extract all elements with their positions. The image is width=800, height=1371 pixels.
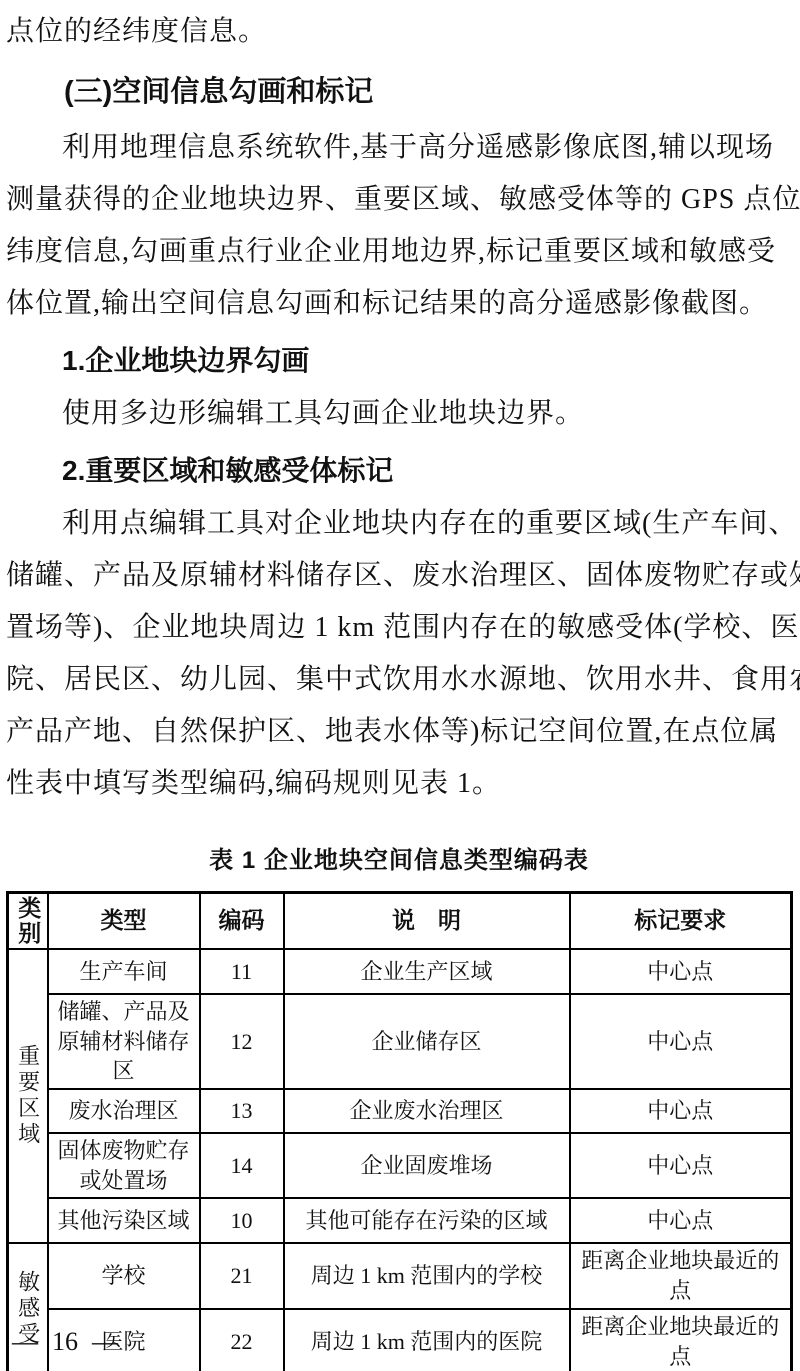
cell-code: 11 (200, 949, 284, 994)
section-heading: (三)空间信息勾画和标记 (6, 70, 792, 114)
footer-dash-left: — (12, 1327, 38, 1357)
cell-description: 周边 1 km 范围内的学校 (284, 1243, 570, 1308)
text-line: 置场等)、企业地块周边 1 km 范围内存在的敏感受体(学校、医 (6, 602, 792, 654)
table-header-row: 类别 类型 编码 说 明 标记要求 (8, 893, 792, 950)
text-line: 测量获得的企业地块边界、重要区域、敏感受体等的 GPS 点位经 (6, 174, 792, 226)
cell-code: 10 (200, 1198, 284, 1243)
table-row: 固体废物贮存或处置场 14 企业固废堆场 中心点 (8, 1133, 792, 1198)
cell-type: 储罐、产品及原辅材料储存区 (48, 994, 200, 1089)
paragraph-1: 利用地理信息系统软件,基于高分遥感影像底图,辅以现场 测量获得的企业地块边界、重… (6, 122, 792, 330)
text-line: 纬度信息,勾画重点行业企业用地边界,标记重要区域和敏感受 (6, 226, 792, 278)
cell-requirement: 距离企业地块最近的点 (570, 1309, 792, 1371)
cell-requirement: 中心点 (570, 1133, 792, 1198)
subheading-1: 1.企业地块边界勾画 (6, 338, 792, 384)
footer-dash-right: — (92, 1327, 118, 1357)
header-code: 编码 (200, 893, 284, 950)
text-line: 体位置,输出空间信息勾画和标记结果的高分遥感影像截图。 (6, 278, 792, 330)
cell-description: 周边 1 km 范围内的医院 (284, 1309, 570, 1371)
subheading-2: 2.重要区域和敏感受体标记 (6, 448, 792, 494)
cell-description: 企业固废堆场 (284, 1133, 570, 1198)
table-row: 敏感受 学校 21 周边 1 km 范围内的学校 距离企业地块最近的点 (8, 1243, 792, 1308)
header-category: 类别 (8, 893, 48, 950)
header-requirement: 标记要求 (570, 893, 792, 950)
cell-description: 企业储存区 (284, 994, 570, 1089)
cell-type: 其他污染区域 (48, 1198, 200, 1243)
cell-requirement: 中心点 (570, 1198, 792, 1243)
intro-continuation-line: 点位的经纬度信息。 (6, 6, 792, 58)
page-footer: — 16 — (12, 1327, 118, 1357)
text-line: 产品产地、自然保护区、地表水体等)标记空间位置,在点位属 (6, 706, 792, 758)
table-row: 储罐、产品及原辅材料储存区 12 企业储存区 中心点 (8, 994, 792, 1089)
page-number: 16 (52, 1327, 78, 1357)
cell-type: 废水治理区 (48, 1089, 200, 1133)
text-line: 利用点编辑工具对企业地块内存在的重要区域(生产车间、 (6, 498, 792, 550)
table-row: 其他污染区域 10 其他可能存在污染的区域 中心点 (8, 1198, 792, 1243)
cell-requirement: 中心点 (570, 994, 792, 1089)
cell-requirement: 中心点 (570, 949, 792, 994)
cell-type: 固体废物贮存或处置场 (48, 1133, 200, 1198)
table-row: 医院 22 周边 1 km 范围内的医院 距离企业地块最近的点 (8, 1309, 792, 1371)
cell-type: 生产车间 (48, 949, 200, 994)
text-line: 院、居民区、幼儿园、集中式饮用水水源地、饮用水井、食用农 (6, 654, 792, 706)
cell-requirement: 中心点 (570, 1089, 792, 1133)
table-title: 表 1 企业地块空间信息类型编码表 (6, 840, 792, 875)
document-page: 点位的经纬度信息。 (三)空间信息勾画和标记 利用地理信息系统软件,基于高分遥感… (0, 0, 800, 1371)
cell-code: 14 (200, 1133, 284, 1198)
coding-table: 类别 类型 编码 说 明 标记要求 重要区域 生产车间 11 企业生产区域 中心… (6, 891, 793, 1371)
cell-code: 21 (200, 1243, 284, 1308)
table-row: 重要区域 生产车间 11 企业生产区域 中心点 (8, 949, 792, 994)
cell-requirement: 距离企业地块最近的点 (570, 1243, 792, 1308)
cell-code: 13 (200, 1089, 284, 1133)
paragraph-2: 利用点编辑工具对企业地块内存在的重要区域(生产车间、 储罐、产品及原辅材料储存区… (6, 498, 792, 810)
cell-description: 其他可能存在污染的区域 (284, 1198, 570, 1243)
header-type: 类型 (48, 893, 200, 950)
cell-description: 企业生产区域 (284, 949, 570, 994)
cell-code: 22 (200, 1309, 284, 1371)
subsection-1-body: 使用多边形编辑工具勾画企业地块边界。 (6, 388, 792, 440)
text-line: 性表中填写类型编码,编码规则见表 1。 (6, 758, 792, 810)
cell-description: 企业废水治理区 (284, 1089, 570, 1133)
header-description: 说 明 (284, 893, 570, 950)
category-cell-important-area: 重要区域 (8, 949, 48, 1243)
cell-type: 学校 (48, 1243, 200, 1308)
text-line: 储罐、产品及原辅材料储存区、废水治理区、固体废物贮存或处 (6, 550, 792, 602)
table-row: 废水治理区 13 企业废水治理区 中心点 (8, 1089, 792, 1133)
text-line: 利用地理信息系统软件,基于高分遥感影像底图,辅以现场 (6, 122, 792, 174)
cell-code: 12 (200, 994, 284, 1089)
